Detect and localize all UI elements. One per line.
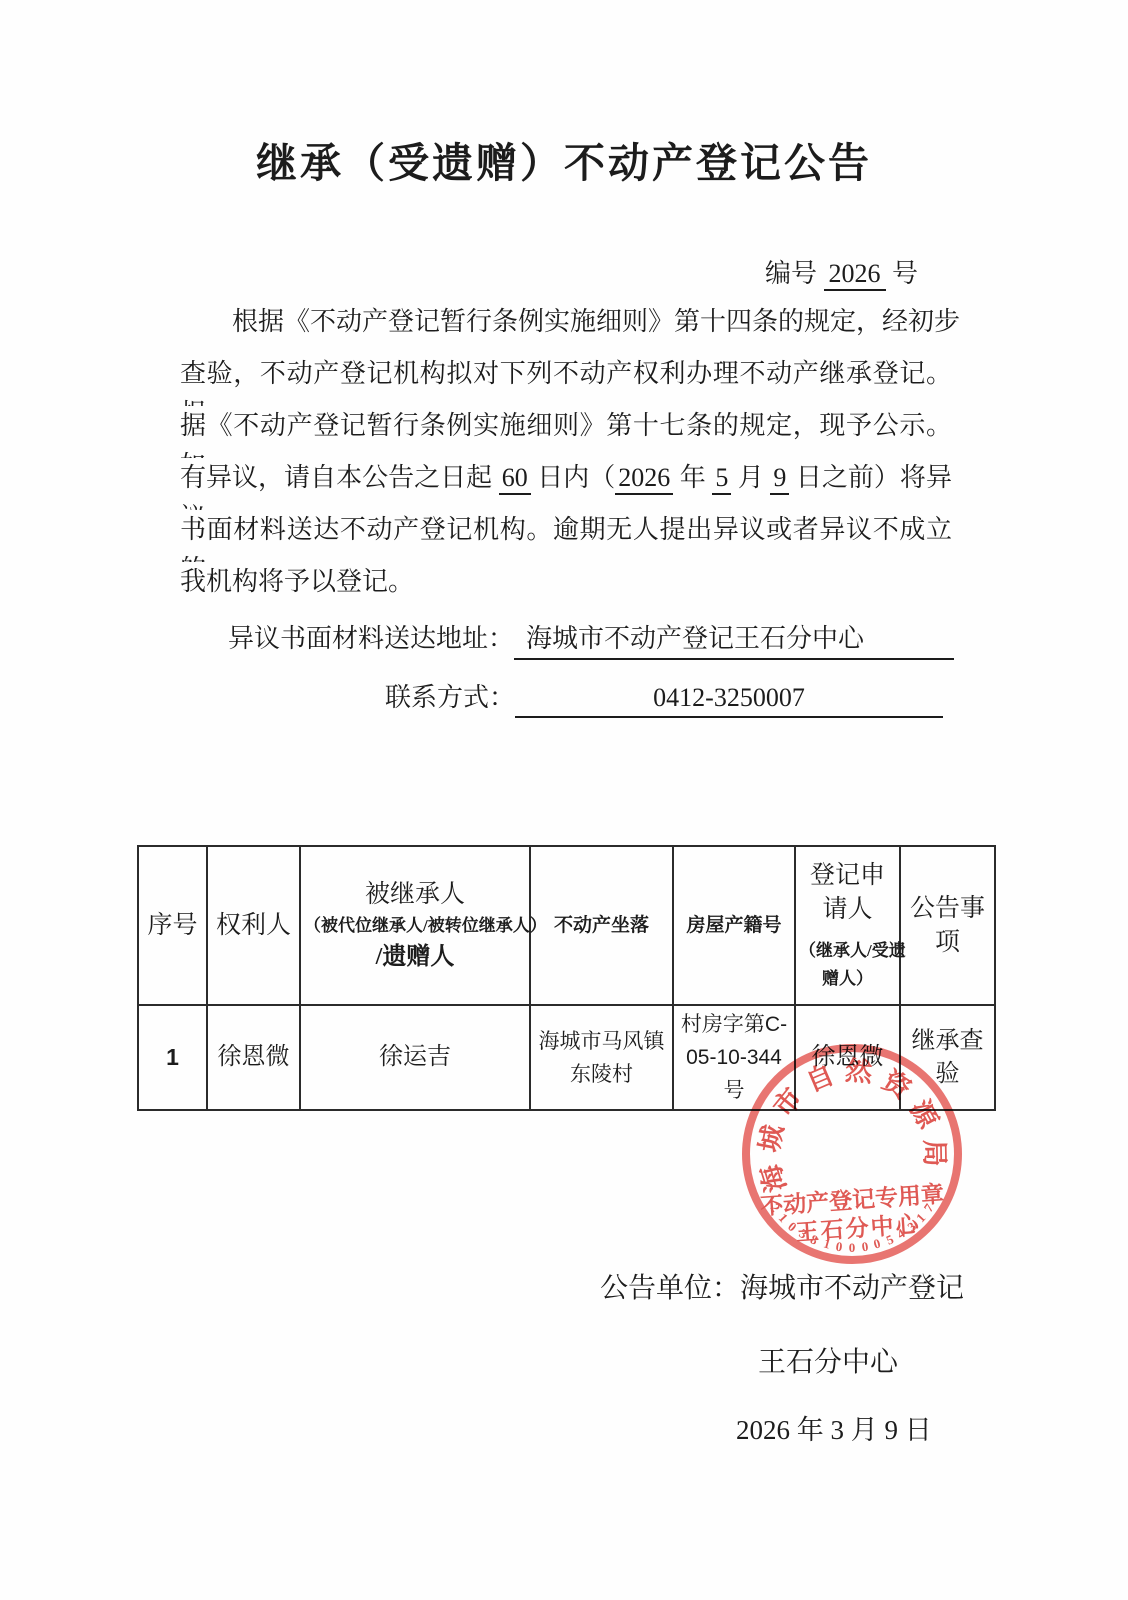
- objection-address-value: 海城市不动产登记王石分中心: [514, 618, 954, 660]
- contact-line: 联系方式：0412-3250007: [385, 677, 943, 718]
- stamp-arc-char: 海: [748, 1160, 793, 1197]
- doc-number-value: 2026: [824, 259, 886, 291]
- announcing-unit-line-2: 王石分中心: [758, 1340, 898, 1380]
- registration-table: 序号 权利人 被继承人 （被代位继承人/被转位继承人） /遗赠人 不动产坐落 房…: [137, 845, 996, 1111]
- stamp-arc-char: 1: [775, 1210, 791, 1226]
- cell-location: 海城市马风镇东陵村: [530, 1005, 673, 1110]
- stamp-arc-char: 5: [883, 1232, 895, 1249]
- stamp-arc-char: 0: [849, 1240, 856, 1256]
- cell-holder: 徐恩微: [207, 1005, 300, 1110]
- body-line-3: 据《不动产登记暂行条例实施细则》第十七条的规定，现予公示。如: [180, 406, 952, 458]
- header-seq: 序号: [138, 846, 207, 1005]
- doc-number-suffix: 号: [886, 259, 919, 288]
- table-header-row: 序号 权利人 被继承人 （被代位继承人/被转位继承人） /遗赠人 不动产坐落 房…: [138, 846, 995, 1005]
- body-line-4-text: 月: [731, 463, 770, 492]
- stamp-arc-char: 1: [821, 1236, 832, 1253]
- deadline-year: 2026: [615, 463, 673, 495]
- stamp-arc-char: 城: [747, 1121, 790, 1155]
- header-decedent: 被继承人 （被代位继承人/被转位继承人） /遗赠人: [300, 846, 530, 1005]
- body-line-4-text: 有异议，请自本公告之日起: [180, 463, 499, 492]
- stamp-arc-char: 局: [917, 1139, 956, 1167]
- contact-value: 0412-3250007: [515, 683, 943, 718]
- header-holder: 权利人: [207, 846, 300, 1005]
- body-line-4-text: 日内（: [531, 463, 616, 492]
- stamp-arc-char: 0: [835, 1239, 844, 1256]
- doc-number-prefix: 编号: [765, 259, 824, 288]
- stamp-arc-char: 0: [872, 1236, 883, 1253]
- cell-seq: 1: [138, 1005, 207, 1110]
- stamp-arc-char: 1: [913, 1210, 929, 1226]
- header-matter: 公告事项: [900, 846, 995, 1005]
- stamp-arc-char: 3: [904, 1219, 919, 1235]
- cell-house-no: 村房字第C-05-10-344号: [673, 1005, 795, 1110]
- body-line-1: 根据《不动产登记暂行条例实施细则》第十四条的规定，经初步: [180, 302, 952, 354]
- deadline-day: 9: [770, 463, 789, 495]
- objection-address-line: 异议书面材料送达地址：海城市不动产登记王石分中心: [228, 618, 954, 660]
- cell-matter: 继承查验: [900, 1005, 995, 1110]
- stamp-arc-char: 7: [921, 1201, 938, 1216]
- body-line-2: 查验，不动产登记机构拟对下列不动产权利办理不动产继承登记。根: [180, 354, 952, 406]
- stamp-arc-char: 8: [808, 1232, 820, 1249]
- document-page: 继承（受遗赠）不动产登记公告 编号 2026 号 根据《不动产登记暂行条例实施细…: [0, 0, 1128, 1600]
- objection-address-label: 异议书面材料送达地址：: [228, 624, 514, 653]
- header-applicant: 登记申请人 （继承人/受遗 赠人）: [795, 846, 900, 1005]
- body-line-4-text: 年: [673, 463, 712, 492]
- cell-applicant: 徐恩微: [795, 1005, 900, 1110]
- stamp-arc-char: 0: [861, 1239, 870, 1256]
- stamp-arc-char: 4: [894, 1226, 908, 1243]
- body-line-4: 有异议，请自本公告之日起 60 日内（2026 年 5 月 9 日之前）将异议: [180, 458, 952, 510]
- body-line-5: 书面材料送达不动产登记机构。逾期无人提出异议或者异议不成立的，: [180, 510, 952, 562]
- stamp-arc-char: 3: [796, 1226, 810, 1243]
- header-location: 不动产坐落: [530, 846, 673, 1005]
- doc-number-line: 编号 2026 号: [765, 253, 918, 290]
- stamp-arc-char: 0: [785, 1219, 800, 1235]
- table-row: 1 徐恩微 徐运吉 海城市马风镇东陵村 村房字第C-05-10-344号 徐恩微…: [138, 1005, 995, 1110]
- body-line-6: 我机构将予以登记。: [180, 562, 952, 614]
- page-title: 继承（受遗赠）不动产登记公告: [0, 130, 1128, 189]
- body-paragraph: 根据《不动产登记暂行条例实施细则》第十四条的规定，经初步 查验，不动产登记机构拟…: [180, 302, 952, 614]
- deadline-month: 5: [712, 463, 731, 495]
- stamp-arc-char: 2: [767, 1201, 784, 1216]
- stamp-branch-text: 王石分中心: [747, 1202, 969, 1250]
- announcing-unit-line: 公告单位：海城市不动产登记: [600, 1266, 964, 1306]
- cell-decedent: 徐运吉: [300, 1005, 530, 1110]
- contact-label: 联系方式：: [385, 683, 515, 712]
- deadline-days: 60: [499, 463, 531, 495]
- stamp-purpose-text: 不动产登记专用章: [741, 1174, 963, 1222]
- header-house-no: 房屋产籍号: [673, 846, 795, 1005]
- announcement-date: 2026 年 3 月 9 日: [736, 1408, 932, 1447]
